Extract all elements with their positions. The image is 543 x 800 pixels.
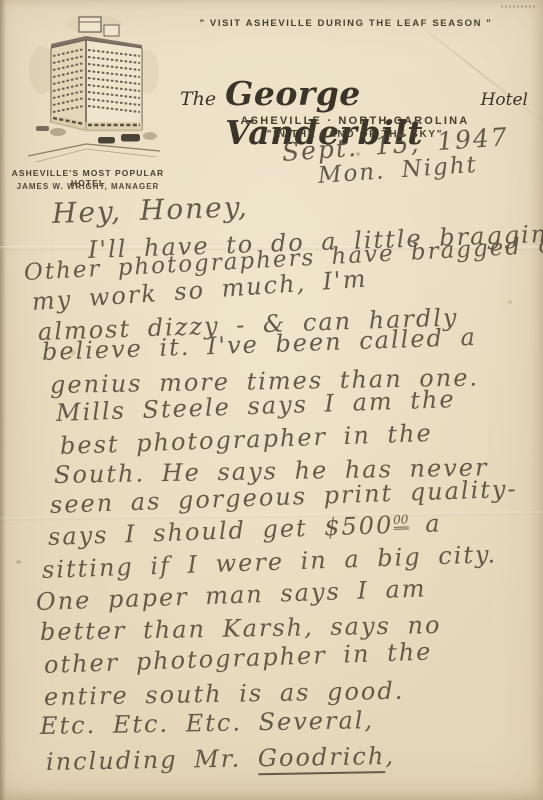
closing-post: , [385,742,395,770]
building-caption-manager: JAMES W. WRIGHT, MANAGER [2,182,174,191]
hotel-name-the: The [180,88,216,110]
handwritten-line: Etc. Etc. Etc. Several, [40,706,375,740]
closing-pre: including Mr. [46,744,258,776]
printer-mark [501,5,537,8]
salutation: Hey, Honey, [51,190,249,230]
handwritten-line-closing: including Mr. Goodrich, [46,742,395,776]
hotel-name-hotel: Hotel [481,90,528,110]
hotel-building-illustration [24,10,164,170]
underlined-name: Goodrich [258,742,386,775]
scan-edge-shadow [0,0,6,800]
price-superscript: 00 [393,512,409,530]
paper-stain [16,560,21,564]
price-line-post: a [408,509,442,538]
letter-paper: " VISIT ASHEVILLE DURING THE LEAF SEASON… [0,0,543,800]
handwritten-line: best photographer in the [60,419,434,460]
paper-stain [508,300,512,304]
letterhead-slogan: " VISIT ASHEVILLE DURING THE LEAF SEASON… [195,18,497,29]
